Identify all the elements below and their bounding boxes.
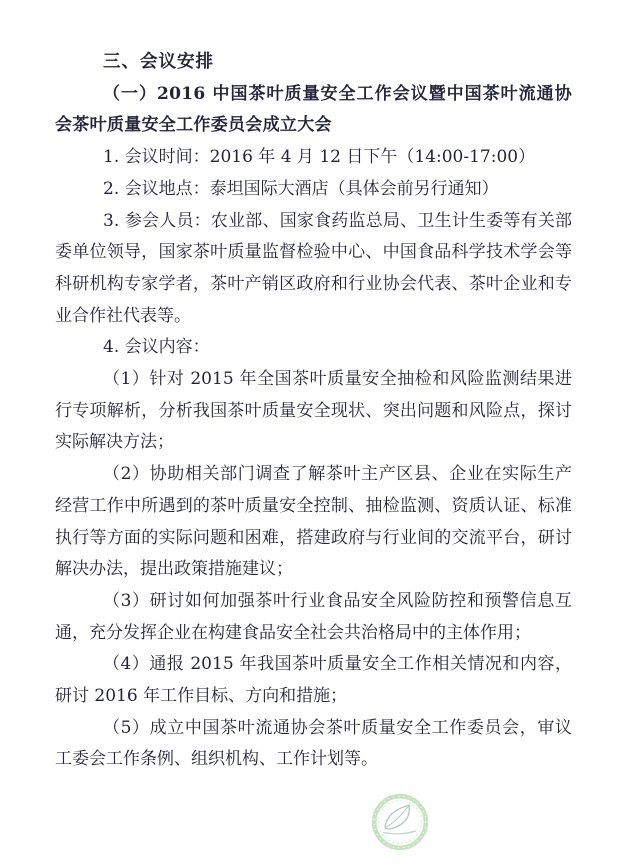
section-heading: 三、会议安排 [55,47,572,79]
paragraph-meeting-location: 2. 会议地点：泰坦国际大酒店（具体会前另行通知） [55,174,572,206]
document-content: 三、会议安排 （一）2016 中国茶叶质量安全工作会议暨中国茶叶流通协会茶叶质量… [0,0,629,776]
paragraph-agenda-item-5: （5）成立中国茶叶流通协会茶叶质量安全工作委员会，审议工委会工作条例、组织机构、… [55,713,572,776]
paragraph-agenda-item-3: （3）研讨如何加强茶叶行业食品安全风险防控和预警信息互通，充分发挥企业在构建食品… [55,586,572,649]
document-page: 三、会议安排 （一）2016 中国茶叶质量安全工作会议暨中国茶叶流通协会茶叶质量… [0,0,629,863]
leaf-logo-icon [371,793,429,851]
paragraph-agenda-heading: 4. 会议内容： [55,332,572,364]
subsection-heading: （一）2016 中国茶叶质量安全工作会议暨中国茶叶流通协会茶叶质量安全工作委员会… [55,79,572,142]
paragraph-agenda-item-2: （2）协助相关部门调查了解茶叶主产区县、企业在实际生产经营工作中所遇到的茶叶质量… [55,459,572,586]
paragraph-agenda-item-1: （1）针对 2015 年全国茶叶质量安全抽检和风险监测结果进行专项解析，分析我国… [55,364,572,459]
paragraph-meeting-time: 1. 会议时间：2016 年 4 月 12 日下午（14:00-17:00） [55,142,572,174]
paragraph-attendees: 3. 参会人员：农业部、国家食药监总局、卫生计生委等有关部委单位领导，国家茶叶质… [55,206,572,333]
paragraph-agenda-item-4: （4）通报 2015 年我国茶叶质量安全工作相关情况和内容，研讨 2016 年工… [55,649,572,712]
